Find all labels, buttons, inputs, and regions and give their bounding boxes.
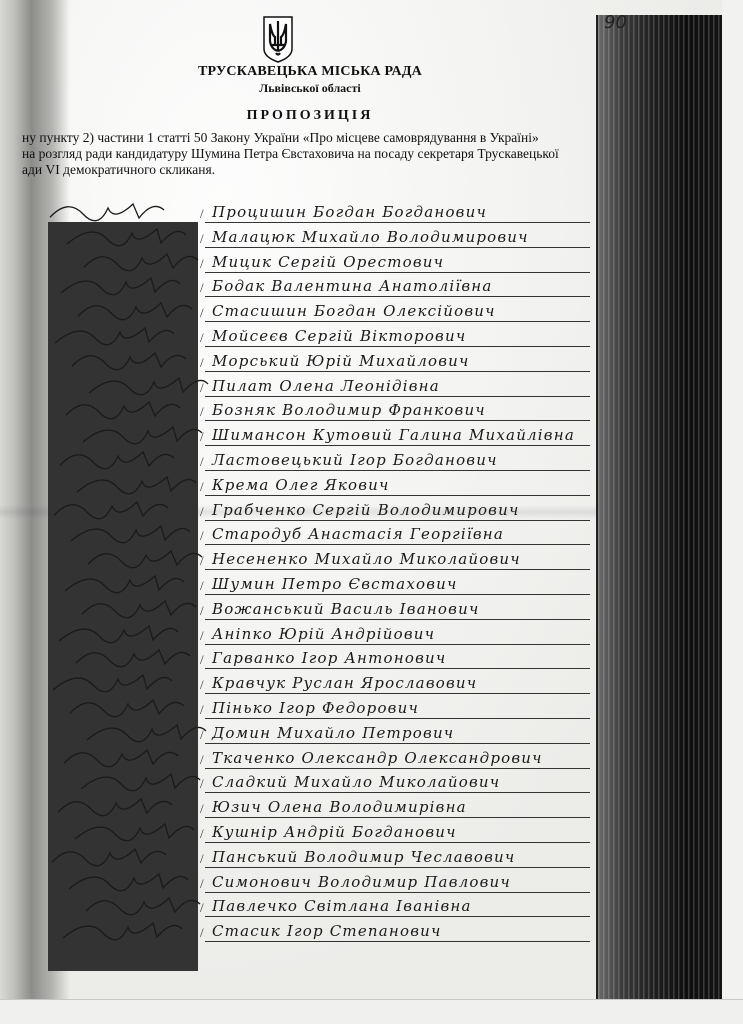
name-line — [205, 346, 590, 347]
row-separator: / — [200, 454, 204, 470]
signatory-name: Пінько Ігор Федорович — [212, 699, 419, 717]
name-line — [205, 272, 590, 273]
signature-line — [48, 941, 198, 971]
signatory-name: Сладкий Михайло Миколайович — [212, 773, 500, 791]
signatory-name: Стасик Ігор Степанович — [212, 922, 442, 940]
name-line — [205, 321, 590, 322]
name-line — [205, 520, 590, 521]
name-line — [205, 892, 590, 893]
name-line — [205, 569, 590, 570]
name-line — [205, 619, 590, 620]
signatory-name: Морський Юрій Михайлович — [212, 352, 470, 370]
signatory-name: Гарванко Ігор Антонович — [212, 649, 446, 667]
name-line — [205, 247, 590, 248]
page-number: 90 — [604, 12, 627, 33]
trident-coat-of-arms-icon — [262, 15, 294, 63]
signatory-name: Пилат Олена Леонідівна — [212, 377, 440, 395]
name-line — [205, 718, 590, 719]
row-separator: / — [200, 206, 204, 222]
signatory-name: Шумин Петро Євстахович — [212, 575, 458, 593]
row-separator: / — [200, 801, 204, 817]
signatory-name: Процишин Богдан Богданович — [212, 203, 487, 221]
signatory-name: Мойсеєв Сергій Вікторович — [212, 327, 466, 345]
copier-dark-band — [596, 15, 724, 999]
scanned-page: 90 ТРУСКАВЕЦЬКА МІСЬКА РАДА Львівської о… — [0, 0, 743, 1024]
name-line — [205, 792, 590, 793]
row-separator: / — [200, 677, 204, 693]
signatory-name: Вожанський Василь Іванович — [212, 600, 480, 618]
signatory-name: Симонович Володимир Павлович — [212, 873, 511, 891]
name-line — [205, 817, 590, 818]
signatory-name: Панський Володимир Чеславович — [212, 848, 515, 866]
signatory-name: Шимансон Кутовий Галина Михайлівна — [212, 426, 575, 444]
name-line — [205, 768, 590, 769]
name-line — [205, 495, 590, 496]
signatory-name: Малацюк Михайло Володимирович — [212, 228, 529, 246]
name-line — [205, 842, 590, 843]
row-separator: / — [200, 851, 204, 867]
name-line — [205, 867, 590, 868]
name-line — [205, 743, 590, 744]
council-name: ТРУСКАВЕЦЬКА МІСЬКА РАДА — [110, 64, 510, 80]
signatory-name: Бодак Валентина Анатоліївна — [212, 277, 493, 295]
name-line — [205, 470, 590, 471]
bottom-margin — [0, 999, 743, 1024]
name-line — [205, 396, 590, 397]
name-line — [205, 693, 590, 694]
signatory-name: Домин Михайло Петрович — [212, 724, 454, 742]
signatory-name: Павлечко Світлана Іванівна — [212, 897, 472, 915]
name-line — [205, 594, 590, 595]
document-heading: ПРОПОЗИЦІЯ — [110, 108, 510, 124]
signatory-name: Стасишин Богдан Олексійович — [212, 302, 496, 320]
signatory-name: Мицик Сергій Орестович — [212, 253, 444, 271]
signatory-name: Бозняк Володимир Франкович — [212, 401, 486, 419]
row-separator: / — [200, 330, 204, 346]
name-line — [205, 644, 590, 645]
name-line — [205, 445, 590, 446]
signatory-name: Стародуб Анастасія Георгіївна — [212, 525, 504, 543]
signatory-name: Кравчук Руслан Ярославович — [212, 674, 477, 692]
signatory-name: Аніпко Юрій Андрійович — [212, 625, 435, 643]
name-line — [205, 668, 590, 669]
signatory-name: Ластовецький Ігор Богданович — [212, 451, 498, 469]
name-line — [205, 420, 590, 421]
signatory-name: Кушнір Андрій Богданович — [212, 823, 457, 841]
name-line — [205, 544, 590, 545]
signatory-name: Грабченко Сергій Володимирович — [212, 501, 520, 519]
signatory-name: Крема Олег Якович — [212, 476, 390, 494]
name-line — [205, 941, 590, 942]
body-text-line-1: ну пункту 2) частини 1 статті 50 Закону … — [22, 130, 539, 146]
name-line — [205, 916, 590, 917]
name-line — [205, 371, 590, 372]
name-line — [205, 296, 590, 297]
signatory-name: Несененко Михайло Миколайович — [212, 550, 521, 568]
handwritten-signature — [53, 915, 203, 945]
name-line — [205, 222, 590, 223]
right-margin — [722, 0, 743, 1024]
signatory-name: Юзич Олена Володимирівна — [212, 798, 467, 816]
body-text-line-2: на розгляд ради кандидатуру Шумина Петра… — [22, 146, 559, 162]
region-name: Львівської області — [110, 81, 510, 96]
signatory-name: Ткаченко Олександр Олександрович — [212, 749, 543, 767]
body-text-line-3: ади VI демократичного скликаня. — [22, 162, 215, 178]
